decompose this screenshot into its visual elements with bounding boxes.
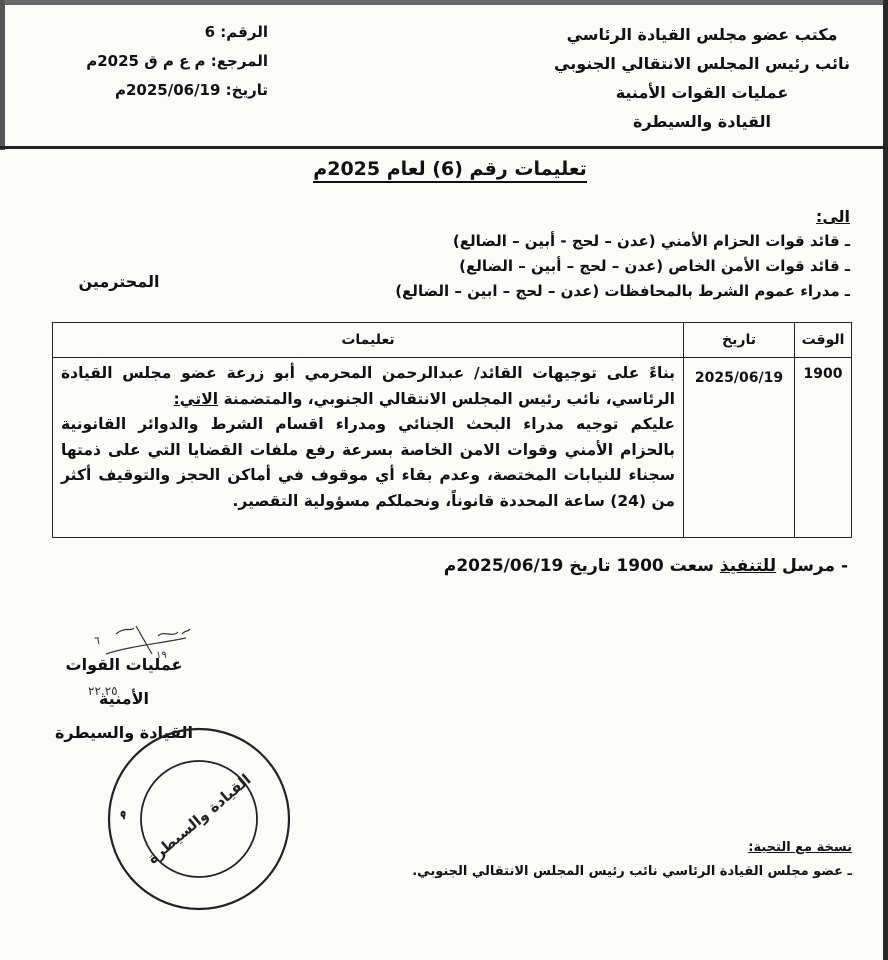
reference-value: م ع م ق 2025م	[86, 52, 205, 70]
number-label: الرقم:	[220, 23, 268, 41]
number-value: 6	[205, 23, 215, 41]
page-border-left	[0, 0, 5, 150]
reference-label: المرجع:	[211, 52, 268, 70]
handwritten-time-note: ٢٢.٢٥	[88, 684, 118, 698]
svg-text:٦: ٦	[94, 634, 100, 647]
organization-header: مكتب عضو مجلس القيادة الرئاسي نائب رئيس …	[552, 20, 852, 136]
document-page: مكتب عضو مجلس القيادة الرئاسي نائب رئيس …	[0, 0, 888, 960]
copy-to-block: نسخة مع التحية: ـ عضو مجلس القيادة الرئا…	[392, 836, 852, 884]
recipient-item: ـ قائد قوات الحزام الأمني (عدن – لحج - أ…	[330, 229, 850, 254]
column-header-instructions: تعليمات	[53, 323, 684, 358]
table-header-row: الوقت تاريخ تعليمات	[53, 323, 852, 358]
salutation: المحترمين	[64, 272, 174, 291]
copy-to-item: ـ عضو مجلس القيادة الرئاسي نائب رئيس الم…	[392, 860, 852, 884]
stamp-inner-text: القيادة والسيطرة	[144, 771, 255, 868]
document-number: الرقم: 6	[78, 18, 268, 47]
recipient-item: ـ قائد قوات الأمن الخاص (عدن – لحج – أبي…	[330, 254, 850, 279]
cell-instructions: بناءً على توجيهات القائد/ عبدالرحمن المح…	[53, 358, 684, 538]
instruction-body: عليكم توجيه مدراء البحث الجنائي ومدراء ا…	[61, 415, 675, 510]
document-title-text: تعليمات رقم (6) لعام 2025م	[313, 158, 586, 183]
dispatch-prefix: - مرسل	[776, 556, 848, 576]
instruction-emphasis: الاتي:	[174, 390, 219, 408]
date-label: تاريخ:	[226, 81, 268, 99]
instruction-intro: بناءً على توجيهات القائد/ عبدالرحمن المح…	[61, 364, 675, 408]
cell-time: 1900	[795, 358, 852, 538]
column-header-time: الوقت	[795, 323, 852, 358]
svg-text:مكتب القائد المحرمي ✱ عمليات ا: مكتب القائد المحرمي ✱ عمليات القوات الأم…	[104, 724, 129, 820]
dispatch-line: - مرسل للتنفيذ سعت 1900 تاريخ 2025/06/19…	[328, 556, 848, 576]
to-label: الى:	[330, 204, 850, 229]
copy-to-label: نسخة مع التحية:	[392, 836, 852, 860]
org-line-operations: عمليات القوات الأمنية	[552, 78, 852, 107]
addressees: الى: ـ قائد قوات الحزام الأمني (عدن – لح…	[330, 204, 850, 304]
org-line-command: القيادة والسيطرة	[552, 107, 852, 136]
column-header-date: تاريخ	[684, 323, 795, 358]
cell-date: 2025/06/19	[684, 358, 795, 538]
dispatch-suffix: سعت 1900 تاريخ 2025/06/19م	[444, 556, 720, 576]
recipient-list: ـ قائد قوات الحزام الأمني (عدن – لحج - أ…	[330, 229, 850, 304]
org-line-office: مكتب عضو مجلس القيادة الرئاسي	[552, 20, 852, 49]
document-title: تعليمات رقم (6) لعام 2025م	[300, 158, 600, 180]
header-divider	[0, 146, 888, 149]
date-value: 2025/06/19م	[115, 81, 220, 99]
document-reference: المرجع: م ع م ق 2025م	[78, 47, 268, 76]
stamp-outer-text: مكتب القائد المحرمي ✱ عمليات القوات الأم…	[104, 724, 129, 820]
signature-line-operations: عمليات القوات الأمنية	[44, 648, 204, 716]
page-border-top	[0, 0, 888, 5]
table-row: 1900 2025/06/19 بناءً على توجيهات القائد…	[53, 358, 852, 538]
instructions-table: الوقت تاريخ تعليمات 1900 2025/06/19 بناء…	[52, 322, 852, 538]
org-line-deputy: نائب رئيس المجلس الانتقالي الجنوبي	[552, 49, 852, 78]
recipient-item: ـ مدراء عموم الشرط بالمحافظات (عدن – لحج…	[330, 279, 850, 304]
page-border-right	[883, 0, 888, 960]
official-stamp-icon: مكتب القائد المحرمي ✱ عمليات القوات الأم…	[104, 724, 294, 914]
document-date: تاريخ: 2025/06/19م	[78, 76, 268, 105]
dispatch-emphasis: للتنفيذ	[720, 556, 776, 576]
document-meta: الرقم: 6 المرجع: م ع م ق 2025م تاريخ: 20…	[78, 18, 268, 105]
